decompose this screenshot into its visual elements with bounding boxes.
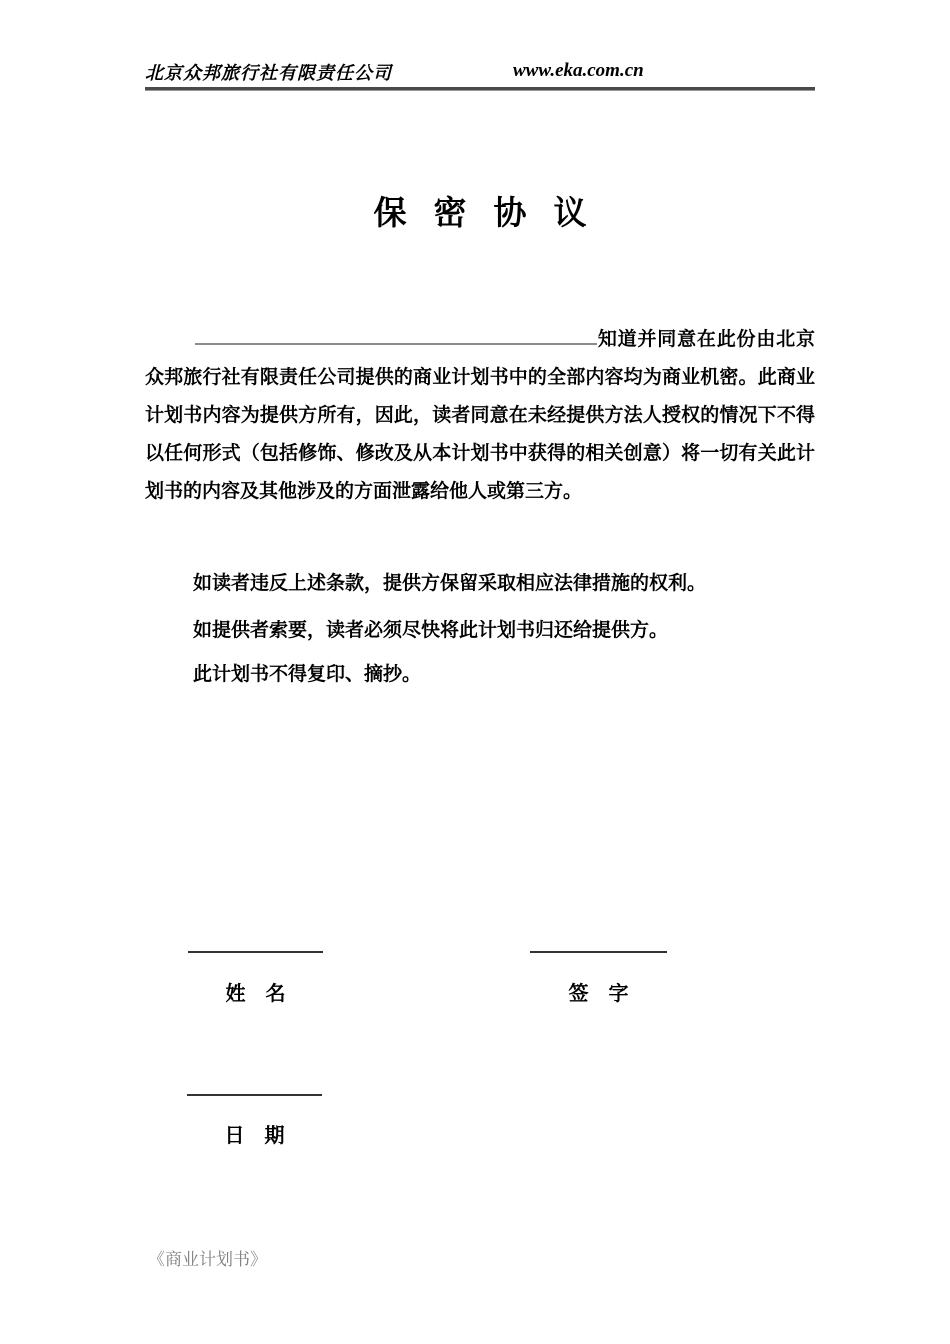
header-company-name: 北京众邦旅行社有限责任公司	[145, 59, 392, 85]
footer-document-name: 《商业计划书》	[148, 1245, 267, 1270]
agreement-clause-legal-action: 如读者违反上述条款，提供方保留采取相应法律措施的权利。	[145, 572, 815, 596]
header-divider-rule	[145, 87, 815, 91]
header-website-url: www.eka.com.cn	[513, 60, 644, 82]
signature-name-line	[188, 951, 323, 953]
fill-in-blank-line	[195, 324, 597, 345]
agreement-clause-return-plan: 如提供者索要，读者必须尽快将此计划书归还给提供方。	[145, 619, 815, 643]
signature-date-label: 日 期	[187, 1119, 322, 1148]
document-page: 北京众邦旅行社有限责任公司 www.eka.com.cn 保密协议 知道并同意在…	[0, 0, 950, 1344]
signature-date-line	[187, 1094, 322, 1096]
signature-sign-label: 签 字	[530, 977, 667, 1006]
agreement-clause-no-copy: 此计划书不得复印、摘抄。	[145, 663, 815, 687]
agreement-paragraph-main-text: 知道并同意在此份由北京众邦旅行社有限责任公司提供的商业计划书中的全部内容均为商业…	[145, 329, 815, 502]
signature-name-label: 姓 名	[188, 977, 323, 1006]
signature-sign-line	[530, 951, 667, 953]
document-title: 保密协议	[145, 187, 815, 234]
agreement-paragraph-main: 知道并同意在此份由北京众邦旅行社有限责任公司提供的商业计划书中的全部内容均为商业…	[145, 321, 815, 511]
